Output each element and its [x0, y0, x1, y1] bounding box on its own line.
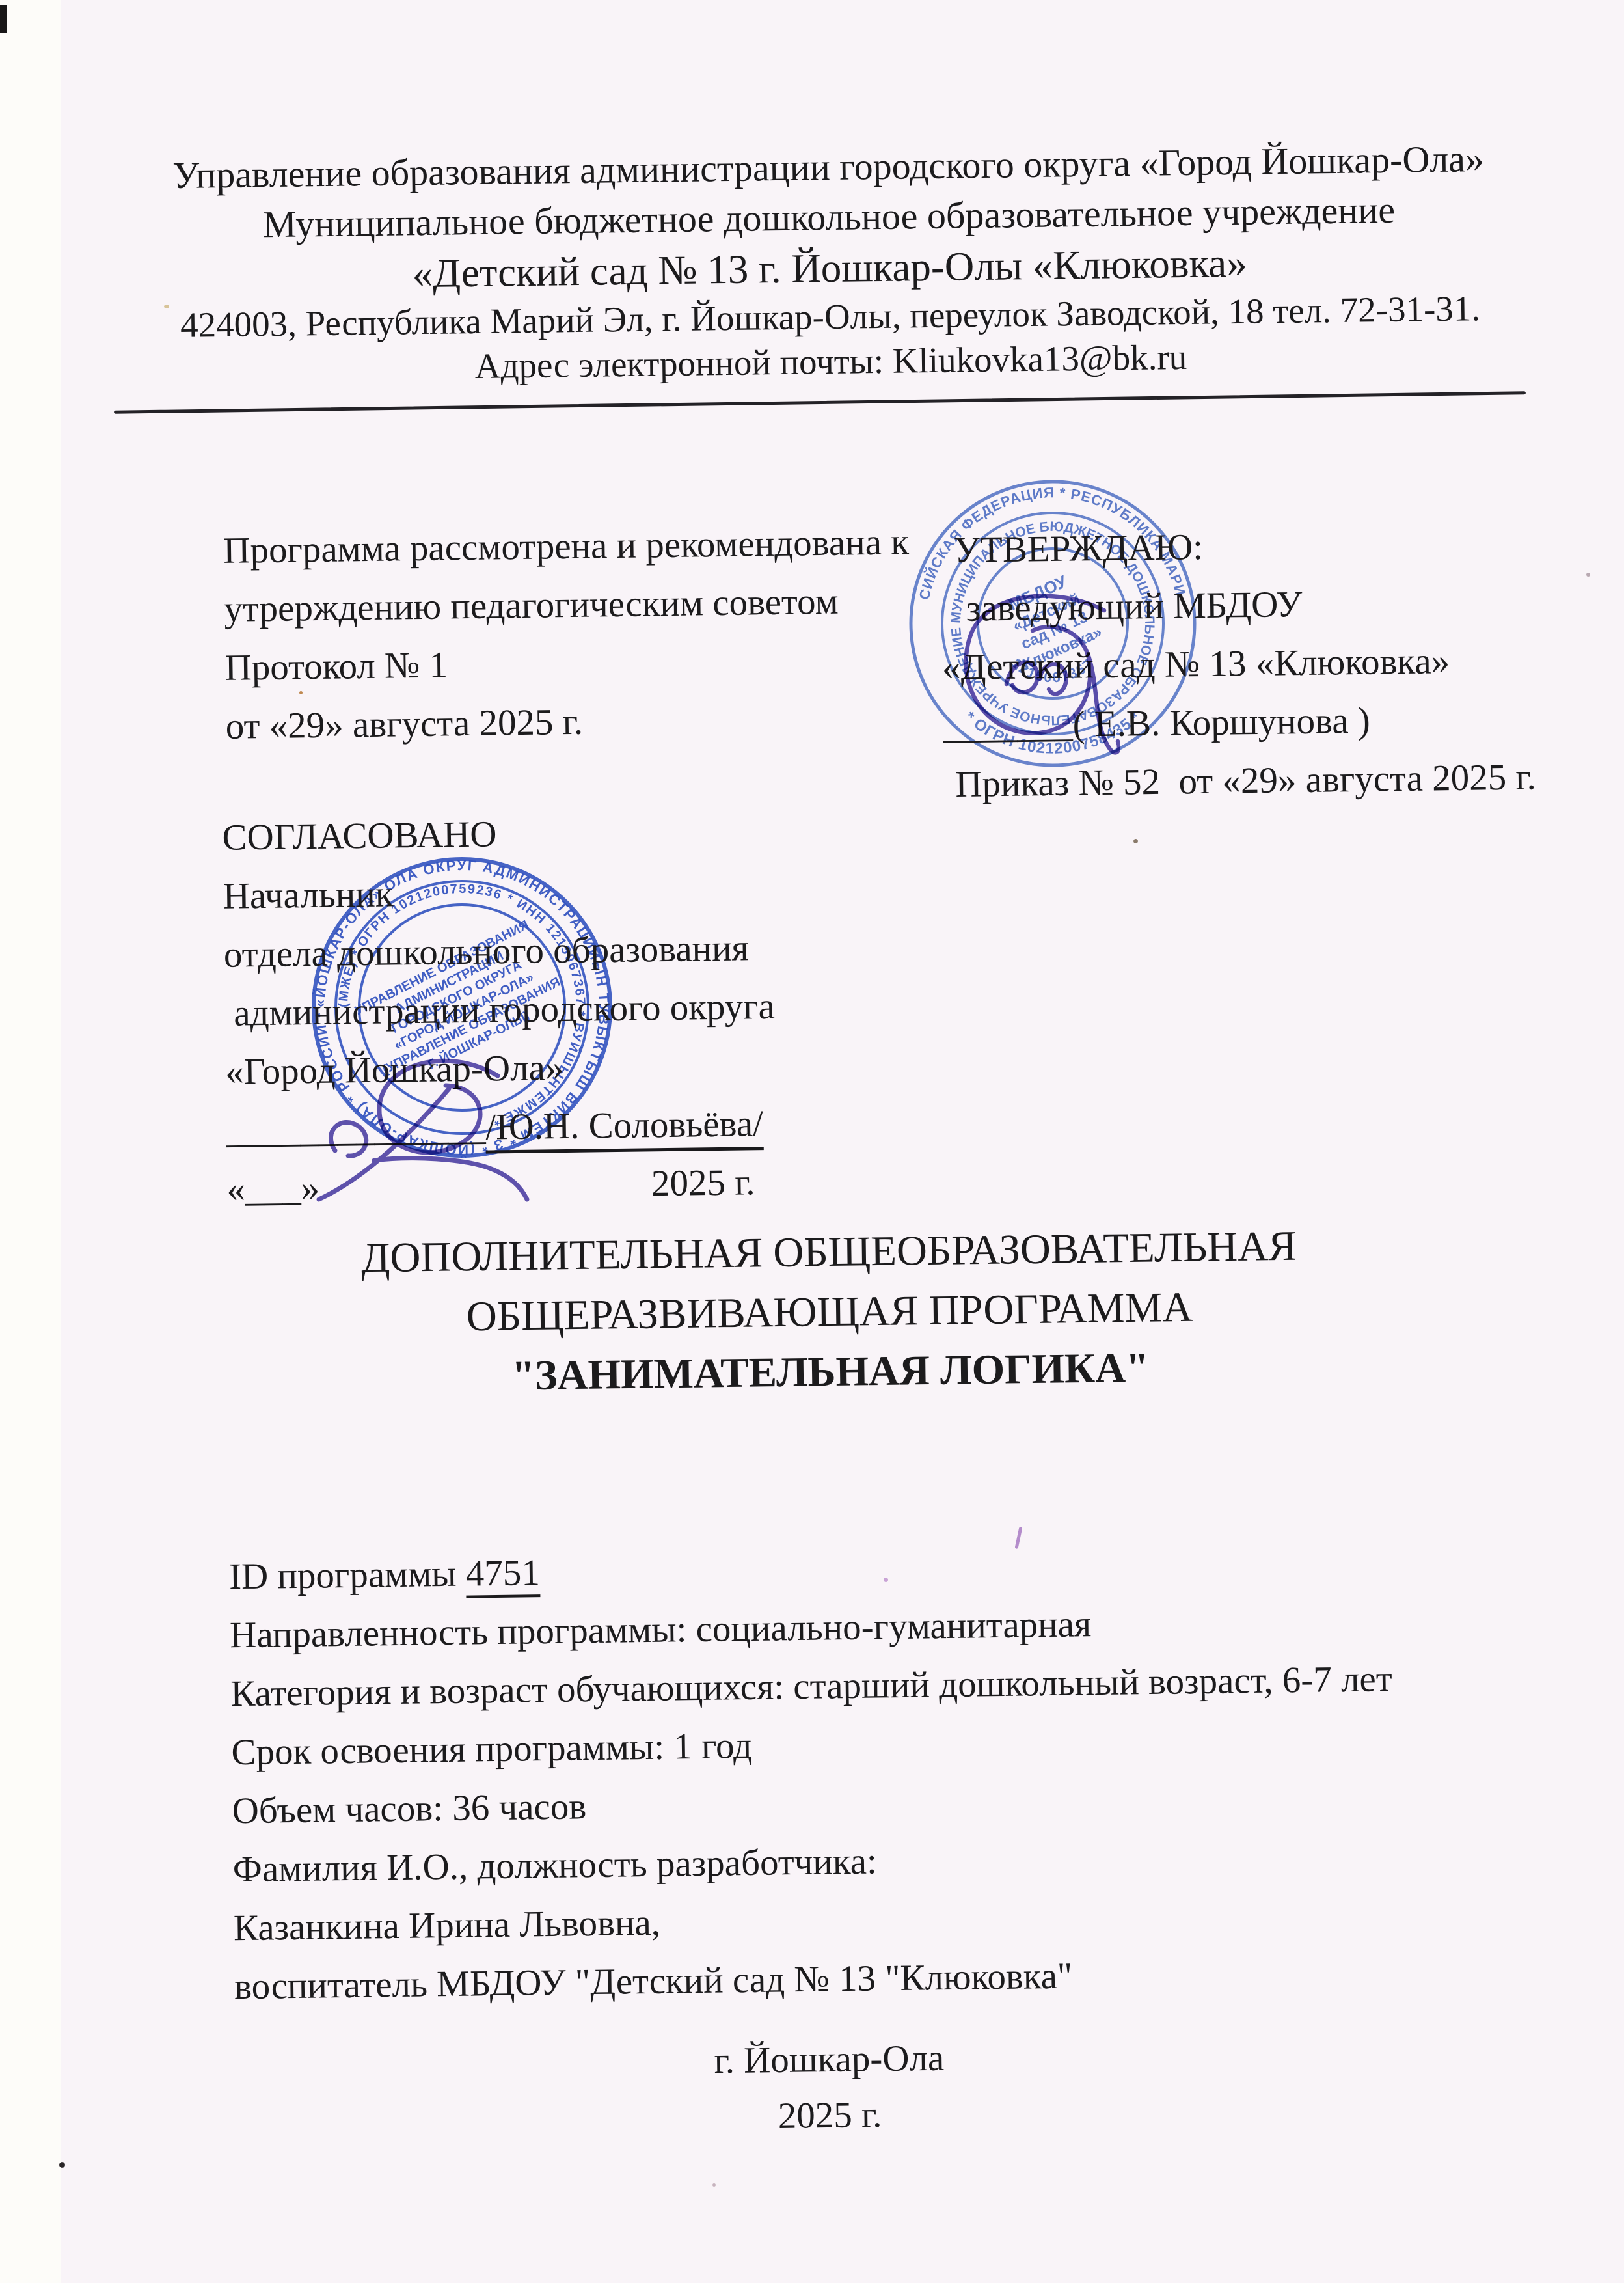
- review-line: Протокол № 1: [224, 630, 915, 698]
- scanned-document-page: Управление образования администрации гор…: [0, 0, 1624, 2283]
- program-id-value: 4751: [465, 1552, 540, 1598]
- date-year: 2025 г.: [651, 1162, 755, 1204]
- scan-speck: [1133, 839, 1138, 843]
- review-note: Программа рассмотрена и рекомендована к …: [223, 513, 916, 756]
- header-divider-line: [114, 391, 1526, 414]
- review-line: от «29» августа 2025 г.: [225, 689, 915, 756]
- department-head-signature: [296, 1053, 569, 1216]
- program-title: ДОПОЛНИТЕЛЬНАЯ ОБЩЕОБРАЗОВАТЕЛЬНАЯ ОБЩЕР…: [64, 1212, 1595, 1412]
- agreement-line: Начальник: [223, 857, 1004, 925]
- agreement-line: отдела дошкольного образования: [223, 916, 1005, 984]
- doc-footer: г. Йошкар-Ола 2025 г.: [64, 2022, 1595, 2153]
- review-line: утрерждению педагогическим советом: [224, 571, 914, 639]
- program-id-label: ID программы: [229, 1553, 467, 1598]
- review-line: Программа рассмотрена и рекомендована к: [223, 513, 913, 581]
- scan-edge-strip: [0, 0, 61, 2283]
- program-details: ID программы 4751 Направленность програм…: [228, 1532, 1470, 2016]
- scan-speck: [1586, 573, 1590, 577]
- director-signature: [945, 581, 1120, 776]
- agreement-title: СОГЛАСОВАНО: [222, 799, 1003, 867]
- approval-title: УТВЕРЖДАЮ:: [953, 513, 1565, 580]
- scan-speck: [299, 691, 303, 694]
- scan-speck: [712, 2183, 716, 2187]
- scan-speck: [884, 1578, 888, 1582]
- scan-artifact: [0, 5, 7, 33]
- agreement-line: администрации городского округа: [224, 974, 1005, 1043]
- scan-speck: [164, 305, 169, 308]
- org-header: Управление образования администрации гор…: [64, 132, 1596, 394]
- scan-speck: [59, 2162, 65, 2168]
